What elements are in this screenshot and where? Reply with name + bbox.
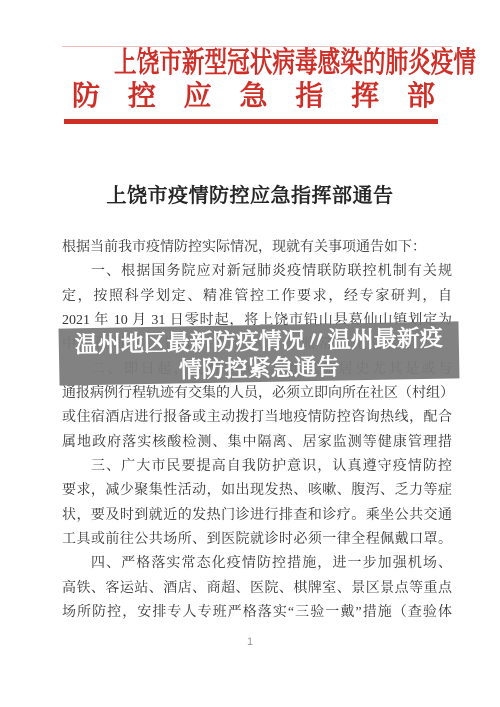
- body-line: 状，要及时到就近的发热门诊进行排查和诊疗。乘坐公共交通: [62, 504, 452, 528]
- letterhead-line2: 防控应急指挥部: [72, 81, 435, 113]
- body-line: 三、广大市民要提高自我防护意识，认真遵守疫情防控: [62, 455, 452, 479]
- body-line: 要求，减少聚集性活动，如出现发热、咳嗽、腹泻、乏力等症: [62, 479, 452, 503]
- body-line: 场所防控，安排专人专班严格落实“三验一戴”措施（查验体: [62, 601, 452, 625]
- notice-title: 上饶市疫情防控应急指挥部通告: [0, 184, 500, 208]
- body-line: 高铁、客运站、酒店、商超、医院、棋牌室、景区景点等重点: [62, 577, 452, 601]
- document-page: 上饶市新型冠状病毒感染的肺炎疫情 防控应急指挥部 上饶市疫情防控应急指挥部通告 …: [0, 0, 500, 707]
- body-line: 通报病例行程轨迹有交集的人员，必须立即向所在社区（村组）: [62, 382, 452, 406]
- notice-body: 根据当前我市疫情防控实际情况，现就有关事项通告如下： 一、根据国务院应对新冠肺炎…: [62, 236, 452, 626]
- letterhead-red-rule: [64, 119, 438, 124]
- body-line: 定，按照科学划定、精准管控工作要求，经专家研判，自: [62, 285, 452, 309]
- page-number: 1: [243, 634, 257, 650]
- body-line: 或住宿酒店进行报备或主动拨打当地疫情防控咨询热线，配合: [62, 406, 452, 430]
- body-line: 属地政府落实核酸检测、集中隔离、居家监测等健康管理措施。: [62, 431, 452, 455]
- letterhead-line1-text: 上饶市新型冠状病毒感染的肺炎疫情: [114, 47, 476, 79]
- body-line: 工具或前往公共场所、到医院就诊时必须一律全程佩戴口罩。: [62, 528, 452, 552]
- body-line: 四、严格落实常态化疫情防控措施，进一步加强机场、: [62, 552, 452, 576]
- letterhead-line1: 上饶市新型冠状病毒感染的肺炎疫情: [63, 47, 437, 79]
- body-line: 根据当前我市疫情防控实际情况，现就有关事项通告如下：: [62, 236, 452, 260]
- watermark-banner: 温州地区最新防疫情况〃温州最新疫 情防控紧急通告: [59, 321, 460, 385]
- body-line: 一、根据国务院应对新冠肺炎疫情联防联控机制有关规: [62, 260, 452, 284]
